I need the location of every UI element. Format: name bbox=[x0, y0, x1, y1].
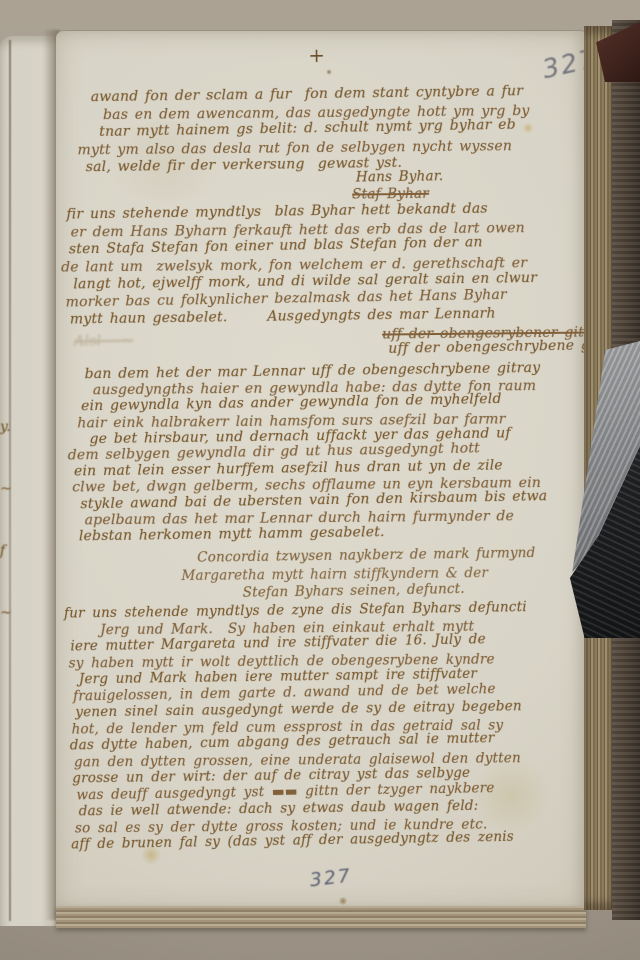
book-weight bbox=[563, 338, 640, 638]
ink-layer: + 327 awand fon der sclam a fur fon dem … bbox=[56, 30, 586, 911]
handwriting-line: sal, welde fir der verkersung gewast yst… bbox=[78, 154, 531, 178]
handwriting-paragraph-4: fur uns stehende myndtlys de zyne dis St… bbox=[64, 600, 530, 854]
collation-cross-mark: + bbox=[308, 43, 325, 67]
page-block-bottom-edge bbox=[56, 906, 586, 928]
handwriting-paragraph-1: awand fon der sclam a fur fon dem stant … bbox=[77, 84, 531, 178]
concordia-heading: Concordia tzwysen naykberz de mark furmy… bbox=[167, 546, 536, 605]
handwriting-line: Alsl ~ bbox=[74, 334, 133, 352]
handwriting-line: f bbox=[0, 544, 16, 606]
folio-number-top: 327 bbox=[540, 44, 586, 86]
signature-block: Hans Byhar.Staf Byhar bbox=[352, 169, 444, 204]
handwriting-line: Hans Byhar. bbox=[352, 169, 444, 187]
handwriting-line: ~ bbox=[0, 606, 16, 668]
handwriting-line: y. bbox=[0, 420, 16, 482]
manuscript-page: + 327 awand fon der sclam a fur fon dem … bbox=[56, 30, 586, 911]
folio-number-bottom: 327 bbox=[309, 864, 354, 891]
handwriting-paragraph-3: ban dem het der mar Lennar uff de obenge… bbox=[67, 361, 548, 546]
handwriting-line: ~ bbox=[0, 482, 16, 544]
edge-ink-marks: y.~f~ bbox=[0, 420, 16, 668]
handwriting-paragraph-2: fir uns stehende myndtlys blas Byhar het… bbox=[60, 200, 586, 365]
showthrough-fragment: Alsl ~ bbox=[74, 334, 133, 352]
manuscript-photo: y.~f~ + 327 awand fon der sclam a fur fo… bbox=[0, 0, 640, 960]
